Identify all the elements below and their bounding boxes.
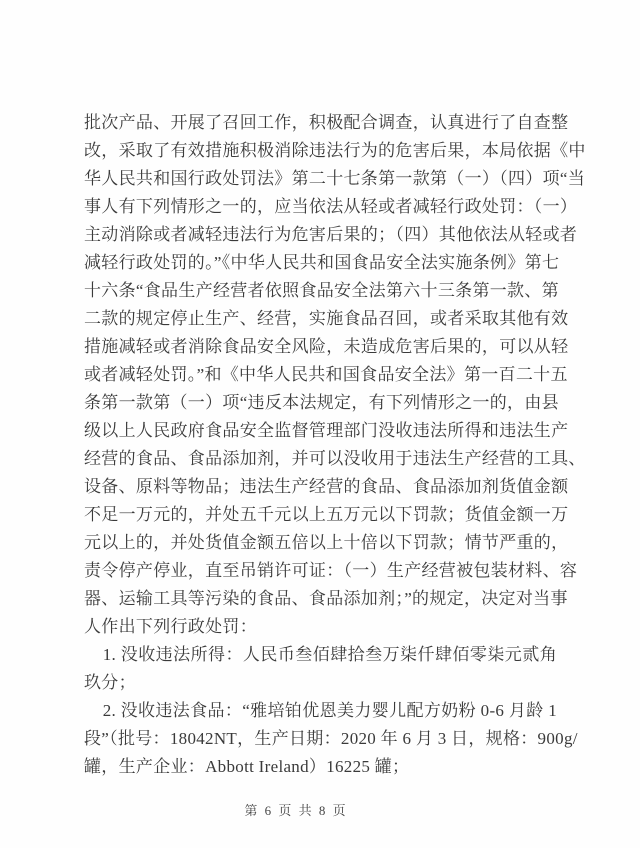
document-page: 批次产品、开展了召回工作，积极配合调查，认真进行了自查整 改，采取了有效措施积极… bbox=[0, 0, 640, 848]
body-line: 十六条“食品生产经营者依照食品安全法第六十三条第一款、第 bbox=[84, 277, 557, 305]
body-line: 批次产品、开展了召回工作，积极配合调查，认真进行了自查整 bbox=[84, 109, 557, 137]
body-line: 改，采取了有效措施积极消除违法行为的危害后果，本局依据《中 bbox=[84, 137, 557, 165]
penalty-item-1: 1. 没收违法所得：人民币叁佰肆拾叁万柒仟肆佰零柒元贰角 bbox=[84, 641, 557, 669]
body-line: 或者减轻处罚。”和《中华人民共和国食品安全法》第一百二十五 bbox=[84, 361, 557, 389]
document-body: 批次产品、开展了召回工作，积极配合调查，认真进行了自查整 改，采取了有效措施积极… bbox=[84, 109, 557, 781]
body-line: 器、运输工具等污染的食品、食品添加剂；”的规定，决定对当事 bbox=[84, 585, 557, 613]
body-line: 设备、原料等物品；违法生产经营的食品、食品添加剂货值金额 bbox=[84, 473, 557, 501]
body-line: 玖分； bbox=[84, 669, 557, 697]
page-number-footer: 第 6 页 共 8 页 bbox=[0, 801, 592, 821]
body-line: 二款的规定停止生产、经营，实施食品召回，或者采取其他有效 bbox=[84, 305, 557, 333]
body-line: 事人有下列情形之一的，应当依法从轻或者减轻行政处罚：（一） bbox=[84, 193, 557, 221]
body-line: 人作出下列行政处罚： bbox=[84, 613, 557, 641]
body-line: 元以上的，并处货值金额五倍以上十倍以下罚款；情节严重的， bbox=[84, 529, 557, 557]
body-line: 责令停产停业，直至吊销许可证：（一）生产经营被包装材料、容 bbox=[84, 557, 557, 585]
body-line: 段”（批号：18042NT，生产日期：2020 年 6 月 3 日，规格：900… bbox=[84, 725, 557, 753]
body-line: 级以上人民政府食品安全监督管理部门没收违法所得和违法生产 bbox=[84, 417, 557, 445]
body-line: 减轻行政处罚的。”《中华人民共和国食品安全法实施条例》第七 bbox=[84, 249, 557, 277]
body-line: 主动消除或者减轻违法行为危害后果的；（四）其他依法从轻或者 bbox=[84, 221, 557, 249]
body-line: 罐，生产企业：Abbott Ireland）16225 罐； bbox=[84, 753, 557, 781]
body-line: 经营的食品、食品添加剂，并可以没收用于违法生产经营的工具、 bbox=[84, 445, 557, 473]
body-line: 华人民共和国行政处罚法》第二十七条第一款第（一）（四）项“当 bbox=[84, 165, 557, 193]
body-line: 不足一万元的，并处五千元以上五万元以下罚款；货值金额一万 bbox=[84, 501, 557, 529]
body-line: 措施减轻或者消除食品安全风险，未造成危害后果的，可以从轻 bbox=[84, 333, 557, 361]
body-line: 条第一款第（一）项“违反本法规定，有下列情形之一的，由县 bbox=[84, 389, 557, 417]
penalty-item-2: 2. 没收违法食品：“雅培铂优恩美力婴儿配方奶粉 0-6 月龄 1 bbox=[84, 697, 557, 725]
